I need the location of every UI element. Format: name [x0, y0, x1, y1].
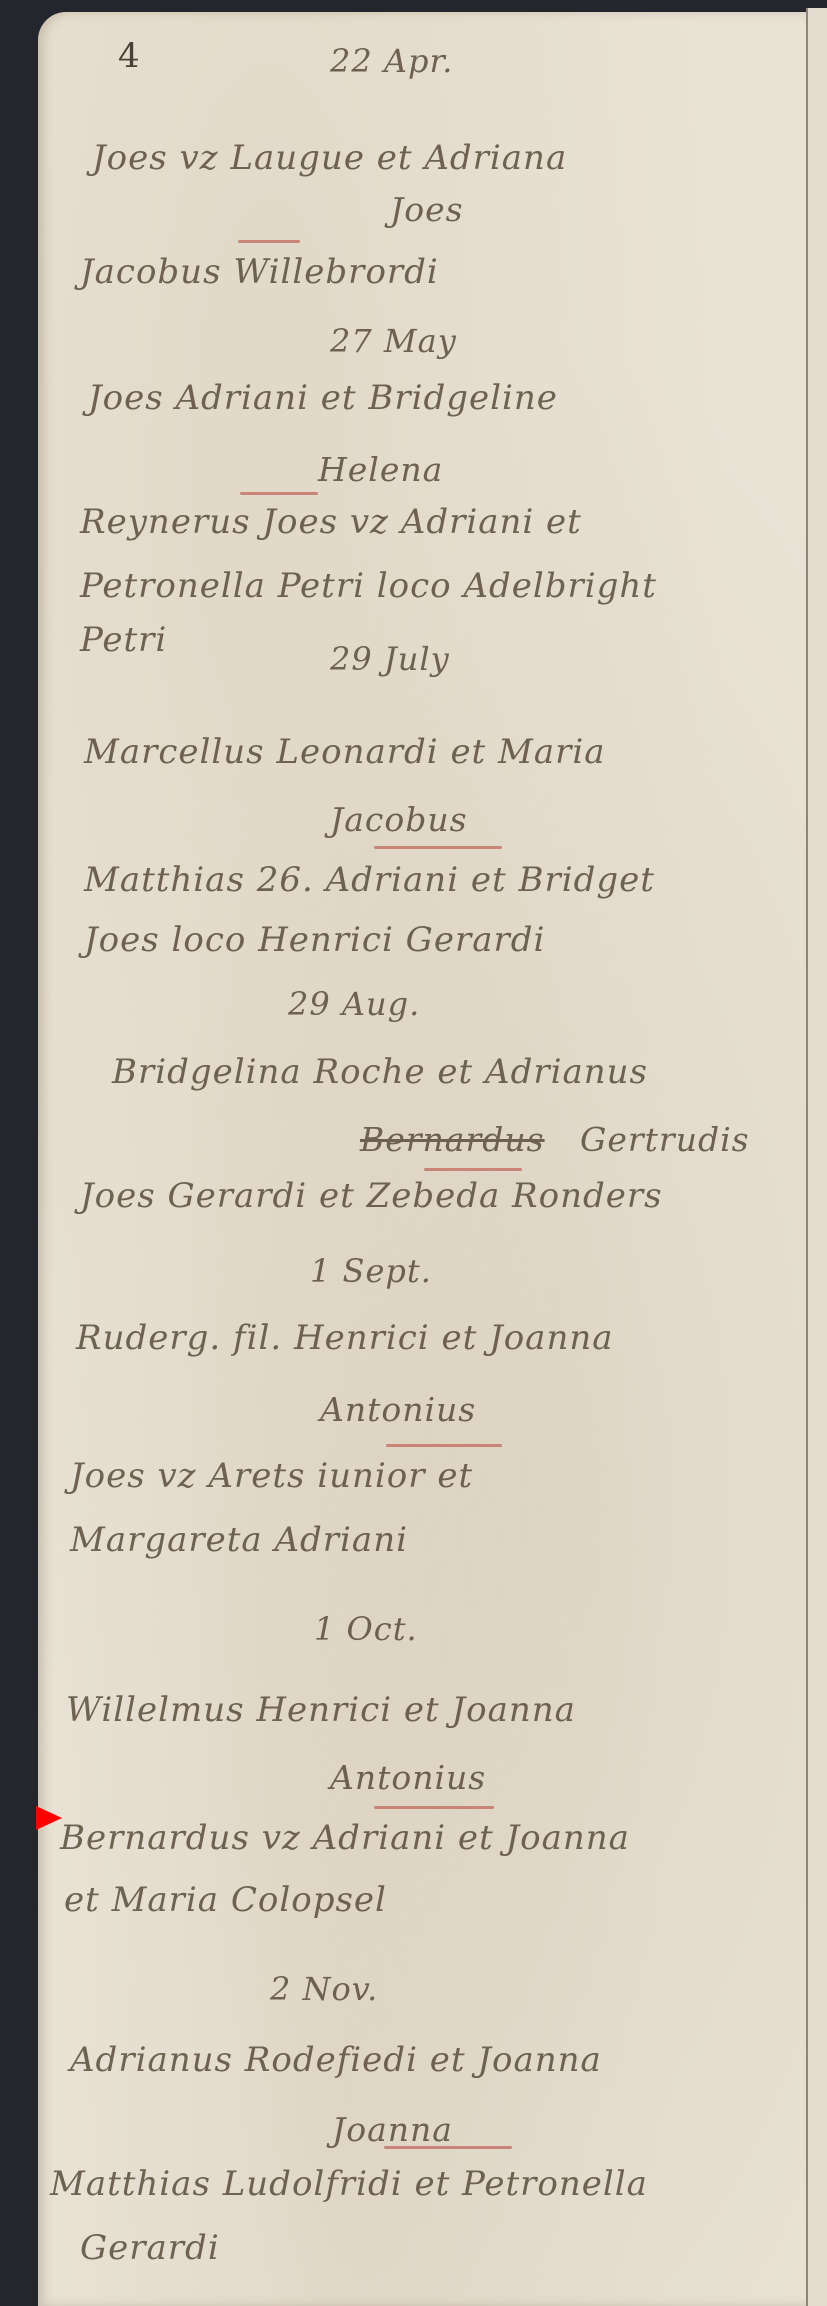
facing-page-edge — [806, 8, 827, 2306]
entry-date: 29 Aug. — [288, 985, 420, 1023]
entry-line: Matthias Ludolfridi et Petronella — [50, 2164, 648, 2204]
entry-date: 29 July — [330, 640, 450, 678]
entry-line: et Maria Colopsel — [64, 1880, 387, 1920]
red-underline — [240, 492, 318, 495]
entry-date: 27 May — [330, 322, 457, 360]
entry-line: Joes loco Henrici Gerardi — [84, 920, 545, 960]
entry-date: 2 Nov. — [270, 1970, 378, 2008]
red-underline — [374, 846, 502, 849]
child-name-struck: Bernardus — [360, 1120, 545, 1159]
child-name: Gertrudis — [580, 1120, 750, 1159]
red-arrow-marker-icon — [36, 1806, 62, 1830]
entry-line: Joes Gerardi et Zebeda Ronders — [80, 1176, 663, 1216]
red-underline — [384, 2146, 512, 2149]
child-name: Joanna — [332, 2110, 453, 2149]
red-underline — [386, 1444, 502, 1447]
entry-line: Bernardus vz Adriani et Joanna — [60, 1818, 630, 1858]
child-name: Jacobus — [330, 800, 468, 839]
entry-line: Ruderg. fil. Henrici et Joanna — [76, 1318, 614, 1358]
entry-line: Willelmus Henrici et Joanna — [66, 1690, 576, 1730]
entry-line: Jacobus Willebrordi — [80, 252, 439, 292]
folio-number: 4 — [118, 36, 140, 76]
child-name: Antonius — [330, 1758, 486, 1797]
entry-line: Marcellus Leonardi et Maria — [84, 732, 606, 772]
entry-line: Petronella Petri loco Adelbright — [80, 566, 657, 606]
entry-line: Gerardi — [80, 2228, 220, 2268]
entry-date: 22 Apr. — [330, 42, 453, 80]
child-name: Helena — [318, 450, 443, 489]
red-underline — [424, 1168, 522, 1171]
entry-date: 1 Sept. — [310, 1252, 432, 1290]
entry-date: 1 Oct. — [314, 1610, 418, 1648]
entry-line: Margareta Adriani — [70, 1520, 408, 1560]
entry-line: Joes Adriani et Bridgeline — [88, 378, 558, 418]
entry-line: Reynerus Joes vz Adriani et — [80, 502, 582, 542]
entry-line: Joes vz Arets iunior et — [70, 1456, 473, 1496]
child-name: Antonius — [320, 1390, 476, 1429]
entry-line: Joes vz Laugue et Adriana — [92, 138, 567, 178]
red-underline — [238, 240, 300, 243]
entry-line: Matthias 26. Adriani et Bridget — [84, 860, 655, 900]
entry-line: Petri — [80, 620, 167, 660]
entry-line: Bridgelina Roche et Adrianus — [112, 1052, 648, 1092]
child-name: Joes — [390, 190, 464, 229]
entry-line: Adrianus Rodefiedi et Joanna — [70, 2040, 602, 2080]
red-underline — [374, 1806, 494, 1809]
